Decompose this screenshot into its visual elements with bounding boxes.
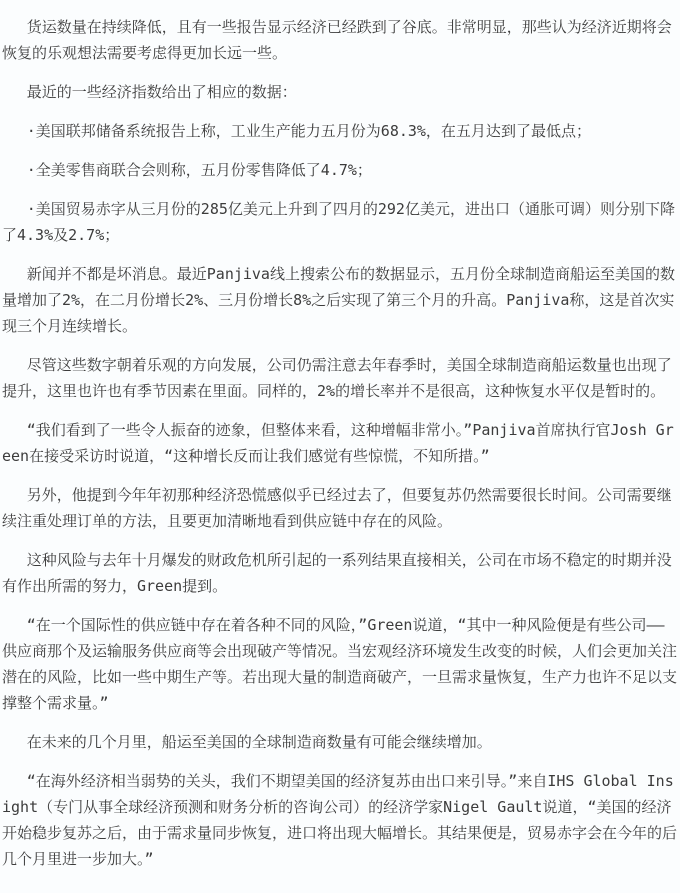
paragraph-intro: 货运数量在持续降低，且有一些报告显示经济已经跌到了谷底。非常明显，那些认为经济近…	[2, 14, 678, 66]
paragraph-indicators-lead-in: 最近的一些经济指数给出了相应的数据：	[2, 79, 678, 105]
bullet-item-trade-deficit: ·美国贸易赤字从三月份的285亿美元上升到了四月的292亿美元，进出口（通胀可调…	[2, 196, 678, 248]
bullet-item-industrial-production: ·美国联邦储备系统报告上称，工业生产能力五月份为68.3%，在五月达到了最低点；	[2, 118, 678, 144]
paragraph-panjiva-data: 新闻并不都是坏消息。最近Panjiva线上搜索公布的数据显示，五月份全球制造商船…	[2, 261, 678, 339]
paragraph-nigel-gault-quote: “在海外经济相当弱势的关头，我们不期望美国的经济复苏由出口来引导。”来自IHS …	[2, 768, 678, 872]
paragraph-josh-green-quote: “我们看到了一些令人振奋的迹象，但整体来看，这种增幅非常小。”Panjiva首席…	[2, 417, 678, 469]
paragraph-recovery-outlook: 另外，他提到今年年初那种经济恐慌感似乎已经过去了，但要复苏仍然需要很长时间。公司…	[2, 482, 678, 534]
paragraph-financial-crisis-risk: 这种风险与去年十月爆发的财政危机所引起的一系列结果直接相关，公司在市场不稳定的时…	[2, 547, 678, 599]
paragraph-green-supply-chain-quote: “在一个国际性的供应链中存在着各种不同的风险，”Green说道，“其中一种风险便…	[2, 612, 678, 716]
bullet-item-retail-sales: ·全美零售商联合会则称，五月份零售降低了4.7%；	[2, 157, 678, 183]
article-body: 货运数量在持续降低，且有一些报告显示经济已经跌到了谷底。非常明显，那些认为经济近…	[0, 0, 680, 893]
paragraph-shipments-forecast: 在未来的几个月里，船运至美国的全球制造商数量有可能会继续增加。	[2, 729, 678, 755]
paragraph-seasonal-caution: 尽管这些数字朝着乐观的方向发展，公司仍需注意去年春季时，美国全球制造商船运数量也…	[2, 352, 678, 404]
